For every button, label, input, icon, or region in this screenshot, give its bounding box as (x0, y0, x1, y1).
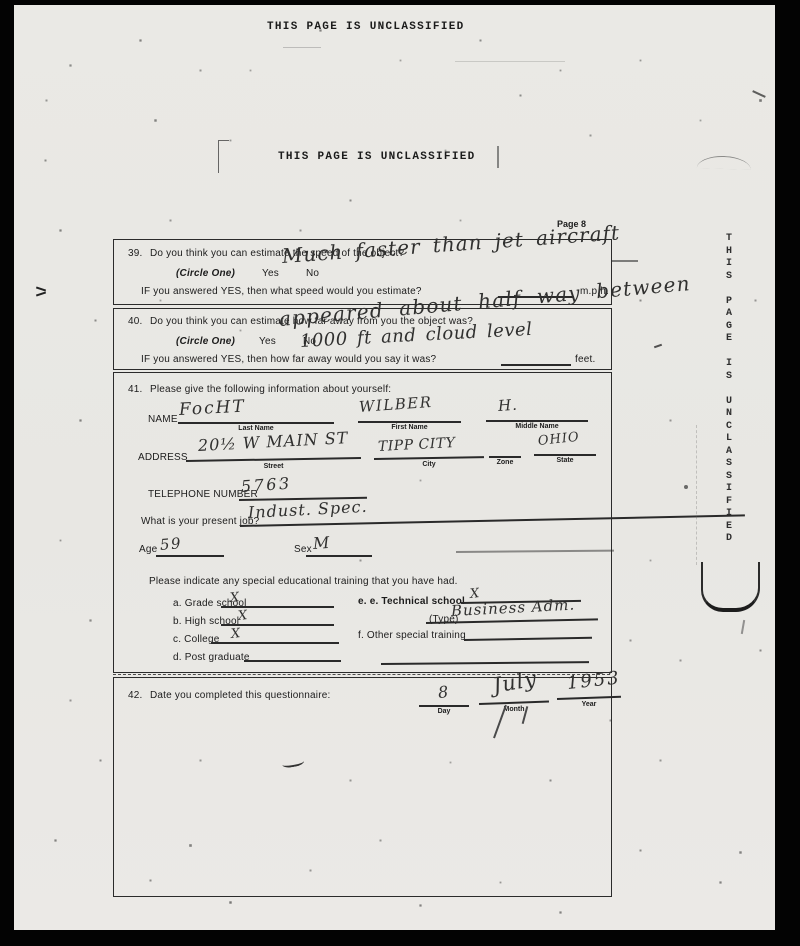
edu-type-handwritten: Business Adm. (451, 596, 576, 620)
bracket-side-dashes (696, 425, 697, 565)
edu-college-mark: X (230, 626, 241, 642)
q40-unit: feet. (575, 354, 595, 365)
unclassified-banner-top: THIS PAGE IS UNCLASSIFIED (267, 21, 465, 33)
edu-grade-school-line (221, 606, 334, 608)
q39-followup: IF you answered YES, then what speed wou… (141, 286, 422, 297)
age-handwritten: 59 (159, 534, 183, 554)
date-month-line (479, 701, 549, 705)
sex-label: Sex (294, 544, 312, 555)
unclassified-banner-side: T H I S P A G E I S U N C L A S S I F I … (722, 233, 736, 546)
job-handwritten: Indust. Spec. (248, 497, 369, 522)
q40-followup: IF you answered YES, then how far away w… (141, 354, 436, 365)
question-41-box: 41. Please give the following informatio… (113, 372, 612, 673)
pen-bracket-right (497, 146, 499, 168)
street-caption: Street (186, 463, 361, 470)
name-last-line (178, 422, 334, 424)
sex-handwritten: M (312, 533, 330, 553)
date-day-line (419, 705, 469, 707)
name-middle-line (486, 420, 588, 422)
q40-option-yes: Yes (259, 336, 276, 347)
date-day-caption: Day (419, 708, 469, 715)
bracket-bottom-curve (701, 562, 760, 612)
edu-grade-school-mark: X (229, 590, 240, 606)
q39-circle-one: (Circle One) (176, 268, 235, 279)
address-city-handwritten: TIPP CITY (378, 435, 456, 455)
q42-number: 42. (128, 690, 143, 701)
address-street-line (186, 457, 361, 462)
first-name-caption: First Name (358, 424, 461, 431)
stray-line (456, 550, 614, 553)
name-last-handwritten: FocHT (178, 397, 246, 420)
scanned-document-page: THIS PAGE IS UNCLASSIFIED THIS PAGE IS U… (0, 0, 800, 946)
q40-number: 40. (128, 316, 143, 327)
q41-question: Please give the following information ab… (150, 384, 391, 395)
edu-other-training-label: f. Other special training (358, 630, 466, 641)
scan-noise-speckles (0, 0, 1, 1)
name-label: NAME (148, 414, 178, 425)
edu-other-training-line (464, 637, 592, 641)
date-day-handwritten: 8 (437, 682, 449, 702)
education-intro: Please indicate any special educational … (149, 576, 458, 587)
age-label: Age (139, 544, 157, 555)
edu-high-school-mark: X (237, 608, 248, 624)
pen-scribble (281, 756, 304, 769)
telephone-handwritten: 5763 (240, 473, 292, 495)
pen-bracket-left (218, 140, 229, 173)
edu-technical-school-label: e. e. Technical school (358, 596, 465, 607)
q40-circle-one: (Circle One) (176, 336, 235, 347)
unclassified-banner-middle: THIS PAGE IS UNCLASSIFIED (278, 151, 476, 163)
scan-dot (684, 485, 688, 489)
q42-question: Date you completed this questionnaire: (150, 690, 330, 701)
scan-scratch (283, 47, 321, 48)
scan-scratch (455, 61, 565, 62)
address-zone-line (489, 456, 521, 458)
date-year-line (557, 696, 621, 700)
q39-number: 39. (128, 248, 143, 259)
middle-name-caption: Middle Name (486, 423, 588, 430)
city-caption: City (374, 461, 484, 468)
sex-line (306, 555, 372, 557)
name-middle-handwritten: H. (497, 396, 518, 415)
edu-post-graduate-label: d. Post graduate (173, 652, 250, 663)
q39-option-no: No (306, 268, 319, 279)
name-first-handwritten: WILBER (358, 393, 433, 416)
date-month-caption: Month (479, 706, 549, 713)
address-city-line (374, 456, 484, 459)
age-line (156, 555, 224, 557)
address-state-line (534, 454, 596, 456)
edu-college-line (211, 642, 339, 644)
edu-post-graduate-line (244, 660, 341, 662)
q39-option-yes: Yes (262, 268, 279, 279)
question-42-box: 42. Date you completed this questionnair… (113, 677, 612, 897)
address-street-handwritten: 20½ W MAIN ST (198, 428, 349, 455)
state-caption: State (534, 457, 596, 464)
name-first-line (358, 421, 461, 423)
edu-extra-line (381, 661, 589, 664)
zone-caption: Zone (489, 459, 521, 466)
q40-distance-blank-line (501, 364, 571, 366)
question-40-box: 40. Do you think you can estimate how fa… (113, 308, 612, 370)
scan-dash (612, 260, 638, 262)
address-label: ADDRESS (138, 452, 188, 463)
address-state-handwritten: OHIO (537, 430, 580, 449)
date-year-caption: Year (557, 701, 621, 708)
q41-number: 41. (128, 384, 143, 395)
